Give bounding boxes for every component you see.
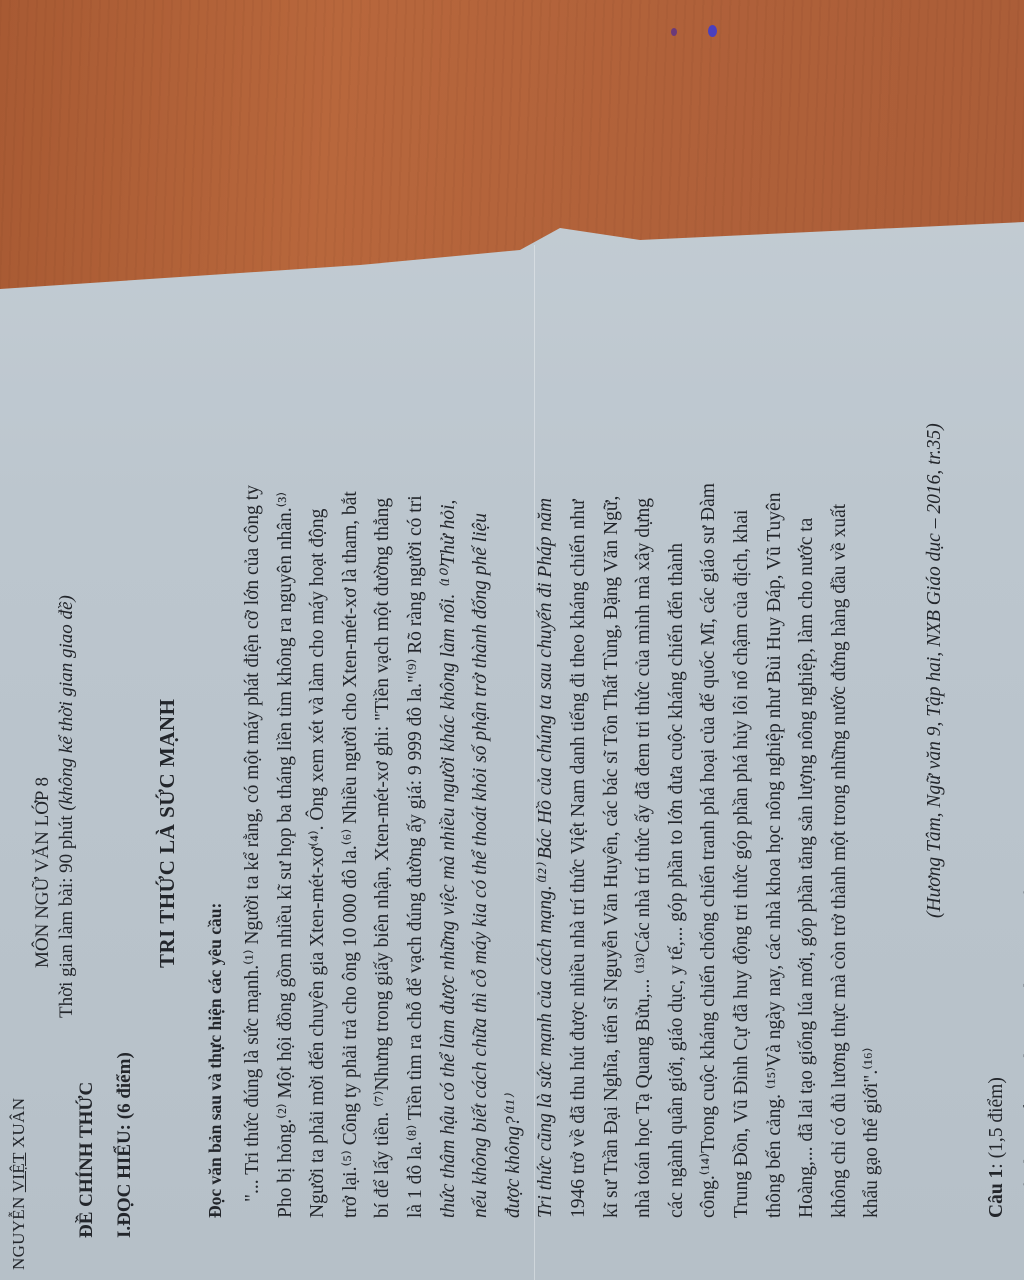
passage-line: trở lại.⁽⁵⁾ Công ty phải trả cho ông 10 … (335, 318, 368, 1218)
official-label: ĐỀ CHÍNH THỨC (71, 1082, 104, 1238)
passage-line: thông bến cảng. ⁽¹⁵⁾Và ngày nay, các nhà… (759, 318, 792, 1218)
ink-spot (708, 25, 717, 37)
passage-line: nhà toán học Tạ Quang Bửu,... ⁽¹³⁾Các nh… (628, 318, 661, 1218)
passage-line: là 1 đô la.⁽⁸⁾ Tiền tìm ra chỗ để vạch đ… (400, 318, 433, 1218)
passage-line: kĩ sư Trần Đại Nghĩa, tiến sĩ Nguyễn Văn… (596, 318, 629, 1218)
passage-line: khẩu gạo thế giới".⁽¹⁶⁾ (856, 318, 889, 1218)
passage-line: thức thâm hậu có thể làm được những việc… (433, 318, 466, 1218)
question-1a: a.Xác định kiểu văn bản của đoạn trích t… (1017, 874, 1024, 1218)
passage-line: không chỉ có đủ lương thực mà còn trở th… (824, 318, 857, 1218)
passage-line: Pho bị hỏng.⁽²⁾ Một hội đồng gồm nhiều k… (270, 318, 303, 1218)
passage-line: bí để lấy tiền. ⁽⁷⁾Nhưng trong giấy biên… (367, 318, 400, 1218)
ink-spot (671, 28, 677, 36)
passage-line: 1946 trở về đã thu hút được nhiều nhà tr… (563, 318, 596, 1218)
exam-document: NGUYỄN VIỆT XUÂN MÔN NGỮ VĂN LỚP 8 Thời … (1, 288, 941, 1278)
passage-line: Hoàng,... đã lai tạo giống lúa mới, góp … (791, 318, 824, 1218)
passage-line: Người ta phải mời đến chuyên gia Xten-mé… (302, 318, 335, 1218)
passage-line: các ngành quân giới, giáo dục, y tế,... … (661, 318, 694, 1218)
school-name: NGUYỄN VIỆT XUÂN (3, 1098, 36, 1270)
section-heading: I.ĐỌC HIỂU: (6 điểm) (109, 1052, 142, 1238)
question-1-heading: Câu 1: (1,5 điểm) (981, 1077, 1014, 1218)
passage-line: Trung Đồn, Vũ Đình Cự đã huy động tri th… (726, 318, 759, 1218)
passage-line: công.⁽¹⁴⁾Trong cuộc kháng chiến chống ch… (693, 318, 726, 1218)
passage-title: TRI THỨC LÀ SỨC MẠNH (151, 699, 184, 968)
passage-line: nếu không biết cách chữa thì cỗ máy kia … (465, 318, 498, 1218)
time-limit: Thời gian làm bài: 90 phút (không kể thờ… (51, 595, 84, 1018)
passage-line: "... Tri thức đúng là sức mạnh.⁽¹⁾ Người… (237, 302, 270, 1202)
instruction: Đọc văn bản sau và thực hiện các yêu cầu… (199, 903, 232, 1218)
citation: (Hương Tâm, Ngữ văn 9, Tập hai, NXB Giáo… (919, 423, 952, 918)
passage-line: được không?⁽¹¹⁾ (498, 318, 531, 1218)
passage-line: Tri thức cũng là sức mạnh của cách mạng.… (530, 318, 563, 1218)
